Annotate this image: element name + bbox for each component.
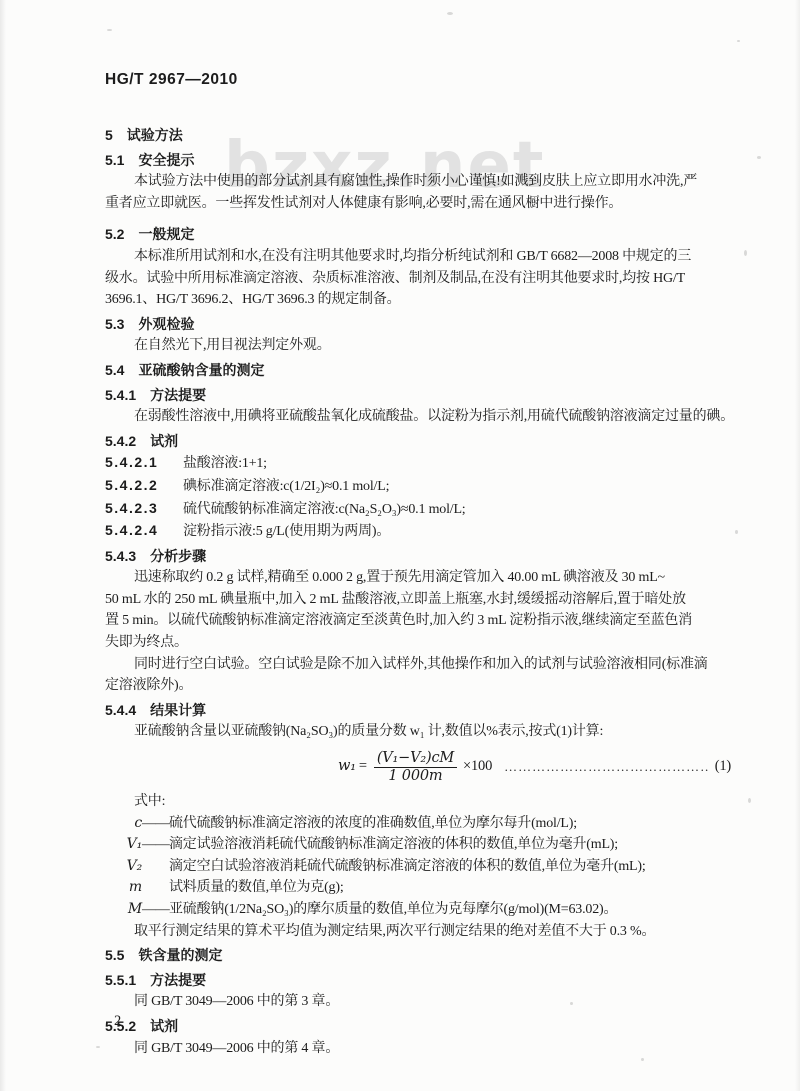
text-line: 迅速称取约 0.2 g 试样,精确至 0.000 2 g,置于预先用滴定管加入 … bbox=[105, 567, 731, 589]
clause-number: 5.4.2.1 bbox=[105, 452, 173, 474]
scan-speck bbox=[447, 12, 453, 15]
scan-speck bbox=[96, 1046, 100, 1048]
text-line: M——亚硫酸钠(1/2Na₂SO₃)的摩尔质量的数值,单位为克每摩尔(g/mol… bbox=[105, 899, 731, 921]
clause-text: 碘标准滴定溶液:c(1/2I₂)≈0.1 mol/L; bbox=[183, 479, 389, 494]
section-heading: 5.4.1 方法提要 bbox=[105, 385, 731, 407]
text-line: 失即为终点。 bbox=[105, 632, 731, 654]
equals-sign: = bbox=[359, 756, 367, 778]
text-line: 本标准所用试剂和水,在没有注明其他要求时,均指分析纯试剂和 GB/T 6682—… bbox=[105, 246, 731, 268]
scan-speck bbox=[107, 29, 112, 31]
symbol: V₁ bbox=[105, 834, 142, 856]
symbol-dash bbox=[142, 877, 169, 899]
text-line: 同 GB/T 3049—2006 中的第 4 章。 bbox=[105, 1038, 731, 1060]
text-line: 本试验方法中使用的部分试剂具有腐蚀性,操作时须小心谨慎!如溅到皮肤上应立即用水冲… bbox=[105, 171, 731, 193]
scanned-document-page: bzxz.net HG/T 2967—2010 5 试验方法5.1 安全提示本试… bbox=[0, 0, 800, 1091]
section-heading: 5.4 亚硫酸钠含量的测定 bbox=[105, 360, 731, 382]
text-line: 重者应立即就医。一些挥发性试剂对人体健康有影响,必要时,需在通风橱中进行操作。 bbox=[105, 193, 731, 215]
text-line: 同 GB/T 3049—2006 中的第 3 章。 bbox=[105, 991, 731, 1013]
text-line: 5.4.2.2碘标准滴定溶液:c(1/2I₂)≈0.1 mol/L; bbox=[105, 475, 731, 498]
text-line: c——硫代硫酸钠标准滴定溶液的浓度的准确数值,单位为摩尔每升(mol/L); bbox=[105, 813, 731, 835]
text-line: 式中: bbox=[105, 791, 731, 813]
times-100: ×100 bbox=[463, 756, 492, 778]
symbol-definition: 硫代硫酸钠标准滴定溶液的浓度的准确数值,单位为摩尔每升(mol/L); bbox=[169, 813, 577, 835]
text-line: 亚硫酸钠含量以亚硫酸钠(Na₂SO₃)的质量分数 w₁ 计,数值以%表示,按式(… bbox=[105, 721, 731, 743]
page-number: 2 bbox=[114, 1013, 121, 1030]
fraction: (V₁−V₂)cM1 000m bbox=[374, 750, 457, 785]
symbol: V₂ bbox=[105, 856, 142, 878]
text-line: 在弱酸性溶液中,用碘将亚硫酸盐氧化成硫酸盐。以淀粉为指示剂,用硫代硫酸钠溶液滴定… bbox=[105, 406, 731, 428]
text-line: 在自然光下,用目视法判定外观。 bbox=[105, 335, 731, 357]
section-heading: 5 试验方法 bbox=[105, 125, 731, 147]
clause-number: 5.4.2.4 bbox=[105, 520, 173, 542]
symbol-dash: —— bbox=[142, 834, 169, 856]
fraction-denominator: 1 000m bbox=[388, 768, 442, 785]
text-line: 50 mL 水的 250 mL 碘量瓶中,加入 2 mL 盐酸溶液,立即盖上瓶塞… bbox=[105, 589, 731, 611]
document-body: 5 试验方法5.1 安全提示本试验方法中使用的部分试剂具有腐蚀性,操作时须小心谨… bbox=[105, 125, 731, 1059]
formula-block: w₁=(V₁−V₂)cM1 000m×100………………………………………………… bbox=[105, 743, 731, 791]
symbol: c bbox=[105, 813, 142, 835]
text-line: V₁——滴定试验溶液消耗硫代硫酸钠标准滴定溶液的体积的数值,单位为毫升(mL); bbox=[105, 834, 731, 856]
symbol-definition: 亚硫酸钠(1/2Na₂SO₃)的摩尔质量的数值,单位为克每摩尔(g/mol)(M… bbox=[169, 899, 617, 921]
equation-number: (1) bbox=[715, 756, 731, 778]
text-line: 定溶液除外)。 bbox=[105, 675, 731, 697]
scan-speck bbox=[757, 156, 761, 159]
symbol-dash: —— bbox=[142, 899, 169, 921]
section-heading: 5.4.3 分析步骤 bbox=[105, 546, 731, 568]
text-line: 级水。试验中所用标准滴定溶液、杂质标准溶液、制剂及制品,在没有注明其他要求时,均… bbox=[105, 268, 731, 290]
clause-number: 5.4.2.3 bbox=[105, 498, 173, 520]
symbol-dash bbox=[142, 856, 169, 878]
symbol: m bbox=[105, 877, 142, 899]
symbol-definition: 滴定试验溶液消耗硫代硫酸钠标准滴定溶液的体积的数值,单位为毫升(mL); bbox=[169, 834, 618, 856]
clause-number: 5.4.2.2 bbox=[105, 475, 173, 497]
dot-leaders: ………………………………………………………… bbox=[504, 756, 709, 778]
section-heading: 5.5.1 方法提要 bbox=[105, 970, 731, 992]
section-heading: 5.1 安全提示 bbox=[105, 150, 731, 172]
section-heading: 5.5.2 试剂 bbox=[105, 1016, 731, 1038]
section-heading: 5.4.2 试剂 bbox=[105, 431, 731, 453]
symbol-dash: —— bbox=[142, 813, 169, 835]
text-line: 5.4.2.1盐酸溶液:1+1; bbox=[105, 452, 731, 475]
section-heading: 5.2 一般规定 bbox=[105, 224, 731, 246]
section-heading: 5.3 外观检验 bbox=[105, 314, 731, 336]
clause-text: 盐酸溶液:1+1; bbox=[183, 456, 267, 471]
symbol: M bbox=[105, 899, 142, 921]
clause-text: 淀粉指示液:5 g/L(使用期为两周)。 bbox=[183, 524, 390, 539]
text-line: 同时进行空白试验。空白试验是除不加入试样外,其他操作和加入的试剂与试验溶液相同(… bbox=[105, 654, 731, 676]
text-line: 取平行测定结果的算术平均值为测定结果,两次平行测定结果的绝对差值不大于 0.3 … bbox=[105, 921, 731, 943]
text-line: m试料质量的数值,单位为克(g); bbox=[105, 877, 731, 899]
text-line: V₂滴定空白试验溶液消耗硫代硫酸钠标准滴定溶液的体积的数值,单位为毫升(mL); bbox=[105, 856, 731, 878]
section-heading: 5.5 铁含量的测定 bbox=[105, 945, 731, 967]
section-heading: 5.4.4 结果计算 bbox=[105, 700, 731, 722]
scan-speck bbox=[737, 40, 740, 42]
scan-speck bbox=[744, 250, 747, 256]
standard-number-header: HG/T 2967—2010 bbox=[105, 71, 238, 89]
scan-speck bbox=[735, 530, 738, 534]
text-line: 置 5 min。以硫代硫酸钠标准滴定溶液滴定至淡黄色时,加入约 3 mL 淀粉指… bbox=[105, 610, 731, 632]
clause-text: 硫代硫酸钠标准滴定溶液:c(Na₂S₂O₃)≈0.1 mol/L; bbox=[183, 502, 465, 517]
formula-lhs: w₁ bbox=[338, 756, 356, 778]
text-line: 5.4.2.3硫代硫酸钠标准滴定溶液:c(Na₂S₂O₃)≈0.1 mol/L; bbox=[105, 498, 731, 521]
symbol-definition: 试料质量的数值,单位为克(g); bbox=[169, 877, 344, 899]
text-line: 3696.1、HG/T 3696.2、HG/T 3696.3 的规定制备。 bbox=[105, 289, 731, 311]
symbol-definition: 滴定空白试验溶液消耗硫代硫酸钠标准滴定溶液的体积的数值,单位为毫升(mL); bbox=[169, 856, 646, 878]
fraction-numerator: (V₁−V₂)cM bbox=[374, 750, 457, 768]
text-line: 5.4.2.4淀粉指示液:5 g/L(使用期为两周)。 bbox=[105, 520, 731, 543]
scan-speck bbox=[748, 798, 751, 803]
